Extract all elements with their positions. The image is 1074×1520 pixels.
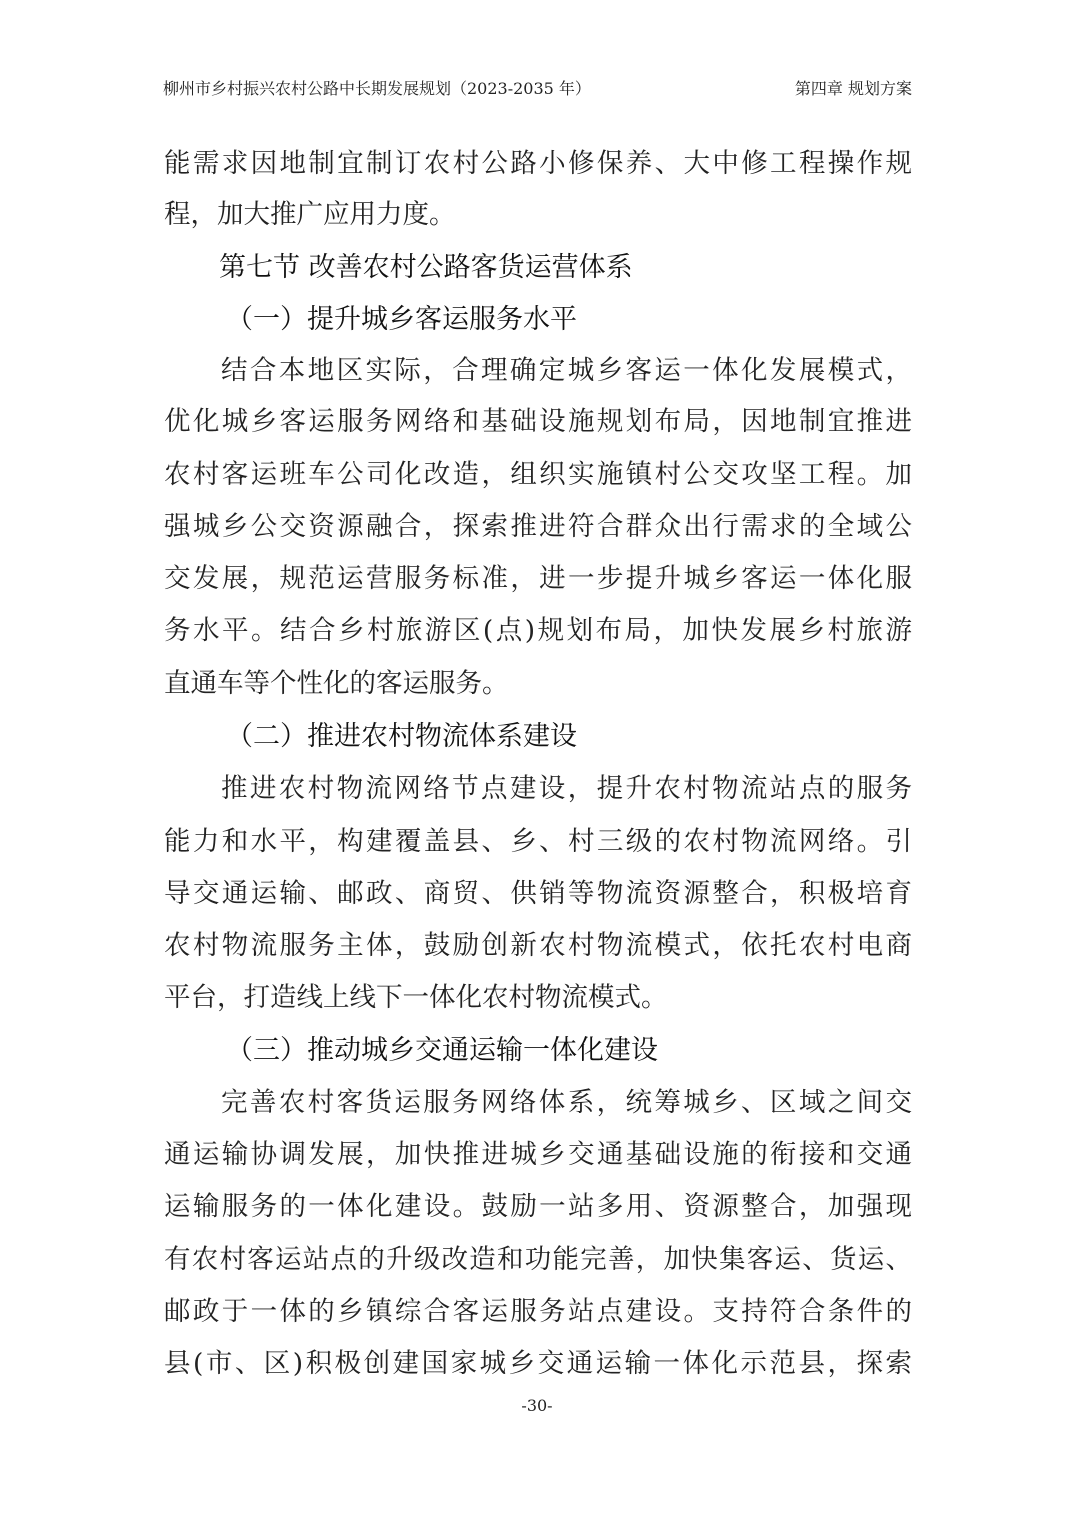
paragraph-line: 通运输协调发展，加快推进城乡交通基础设施的衔接和交通 (164, 1138, 912, 1172)
running-header-chapter: 第四章 规划方案 (795, 76, 912, 99)
paragraph-line: 直通车等个性化的客运服务。 (164, 667, 912, 701)
paragraph-line: 农村物流服务主体，鼓励创新农村物流模式，依托农村电商 (164, 929, 912, 963)
paragraph-line: 平台，打造线上线下一体化农村物流模式。 (164, 981, 912, 1015)
paragraph-line: 导交通运输、邮政、商贸、供销等物流资源整合，积极培育 (164, 877, 912, 911)
subsection-heading: （二）推进农村物流体系建设 (226, 720, 577, 754)
page-number: -30- (0, 1396, 1074, 1415)
paragraph-line: 邮政于一体的乡镇综合客运服务站点建设。支持符合条件的 (164, 1295, 912, 1329)
paragraph-line: 县(市、区)积极创建国家城乡交通运输一体化示范县，探索 (164, 1347, 912, 1381)
paragraph-line: 优化城乡客运服务网络和基础设施规划布局，因地制宜推进 (164, 405, 912, 439)
subsection-heading: （一）提升城乡客运服务水平 (226, 303, 577, 337)
paragraph-line: 能需求因地制宜制订农村公路小修保养、大中修工程操作规 (164, 147, 912, 181)
paragraph-line: 交发展，规范运营服务标准，进一步提升城乡客运一体化服 (164, 562, 912, 596)
subsection-heading: （三）推动城乡交通运输一体化建设 (226, 1034, 658, 1068)
section-heading: 第七节 改善农村公路客货运营体系 (219, 251, 633, 285)
paragraph-line: 能力和水平，构建覆盖县、乡、村三级的农村物流网络。引 (164, 825, 912, 859)
paragraph-line: 推进农村物流网络节点建设，提升农村物流站点的服务 (164, 772, 912, 806)
paragraph-line: 有农村客运站点的升级改造和功能完善，加快集客运、货运、 (164, 1243, 912, 1277)
paragraph-line: 完善农村客货运服务网络体系，统筹城乡、区域之间交 (164, 1086, 912, 1120)
paragraph-line: 务水平。结合乡村旅游区(点)规划布局，加快发展乡村旅游 (164, 614, 912, 648)
paragraph-line: 农村客运班车公司化改造，组织实施镇村公交攻坚工程。加 (164, 458, 912, 492)
paragraph-line: 结合本地区实际，合理确定城乡客运一体化发展模式， (164, 354, 912, 388)
paragraph-line: 程，加大推广应用力度。 (164, 198, 912, 232)
running-header-title: 柳州市乡村振兴农村公路中长期发展规划（2023-2035 年） (163, 76, 591, 99)
paragraph-line: 运输服务的一体化建设。鼓励一站多用、资源整合，加强现 (164, 1190, 912, 1224)
paragraph-line: 强城乡公交资源融合，探索推进符合群众出行需求的全域公 (164, 510, 912, 544)
